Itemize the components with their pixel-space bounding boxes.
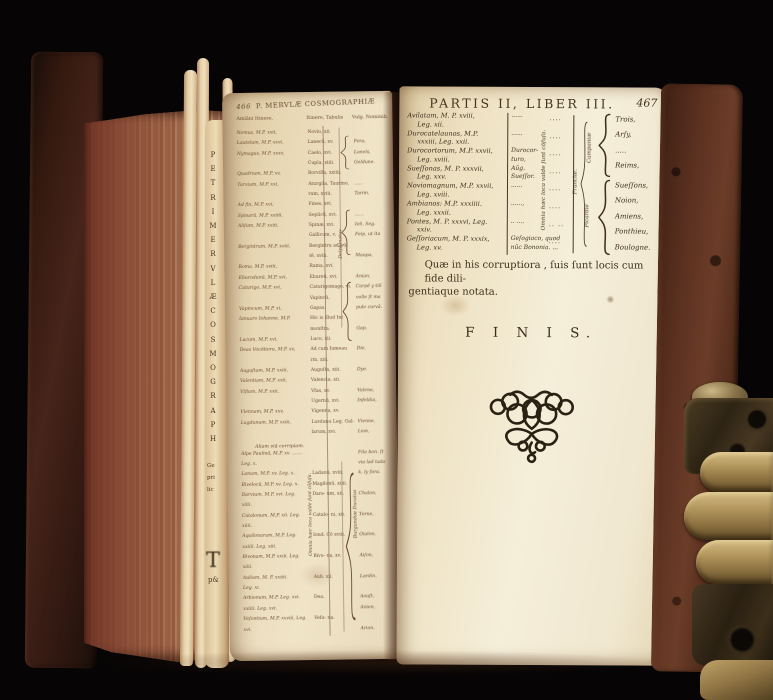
left-running-head: 466P. MERVLÆ COSMOGRAPHIÆ xyxy=(236,97,386,111)
closing-note: Quæ in his corruptiora , ſuis ſunt locis… xyxy=(408,258,656,300)
city-name: Reims, xyxy=(615,159,665,175)
edge-letter: R xyxy=(210,191,215,205)
edge-letter: O xyxy=(210,318,216,332)
right-running-title: PARTIS II, LIBER III. xyxy=(411,95,632,111)
edge-letter: O xyxy=(210,361,216,375)
left-page: 466P. MERVLÆ COSMOGRAPHIÆ Amiāni Itinere… xyxy=(222,91,400,661)
finis-text: F I N I S. xyxy=(398,324,664,341)
photo-antique-book: { "colors":{"paper":"#f0e4c8","ink_right… xyxy=(0,0,773,700)
dots-row: .... xyxy=(549,130,573,148)
table-row: xvi. Arion. xyxy=(243,623,397,635)
edge-letter: T xyxy=(211,176,216,190)
brace-glyph xyxy=(342,209,351,255)
dots-row: .... xyxy=(549,165,573,183)
right-running-head: PARTIS II, LIBER III. 467 xyxy=(411,95,657,111)
city-list-campania: Trois,Arſy,.....Reims, xyxy=(615,112,665,174)
dots-row: .... xyxy=(549,182,573,200)
left-page-number: 466 xyxy=(236,102,251,111)
city-name: Ponthieu, xyxy=(615,225,665,241)
right-page: PARTIS II, LIBER III. 467 Avilatam, M. P… xyxy=(396,86,665,665)
edge-letter: I xyxy=(212,205,215,219)
edge-letter: G xyxy=(210,375,216,389)
edge-letter: C xyxy=(210,304,215,318)
wormhole-mark xyxy=(606,295,614,303)
clasp-gold-ridge xyxy=(696,540,773,584)
dots-row: .... xyxy=(549,200,573,218)
rotated-label-campania: Campaniæ xyxy=(587,120,596,176)
edge-letter: L xyxy=(211,276,216,290)
edge-small-text: Geprilic xyxy=(207,460,221,496)
printers-ornament xyxy=(484,387,580,468)
edge-letter: E xyxy=(210,162,215,176)
edge-letter: S xyxy=(211,333,216,347)
right-page-number: 467 xyxy=(636,97,657,112)
left-itinerary-table: Nemus, M.P. xxii, Novio, xii. Lautelam, … xyxy=(237,127,398,636)
rotated-label-picardie: Picardie xyxy=(584,190,593,242)
edge-letter: R xyxy=(210,389,215,403)
edge-vertical-text: PETRIMERVLÆCOSMOGRAPH xyxy=(208,148,218,446)
city-name: Trois, xyxy=(615,112,665,128)
edge-letter: Æ xyxy=(209,290,216,304)
edge-letter: P xyxy=(211,148,216,162)
brace-glyph xyxy=(343,281,352,341)
city-name: ..... xyxy=(615,143,665,159)
dots-row: .. .. xyxy=(549,218,573,236)
city-name: Noion, xyxy=(615,194,665,210)
edge-letter: R xyxy=(210,247,215,261)
brace-glyph xyxy=(599,179,610,255)
edge-initial: T xyxy=(206,548,220,572)
clasp-gold-foot xyxy=(700,660,773,700)
city-name: Arſy, xyxy=(615,128,665,144)
dots-row: .... xyxy=(549,235,573,253)
city-name: Sueſſons, xyxy=(615,178,665,194)
brace-glyph xyxy=(599,113,610,177)
clasp-bronze-lower xyxy=(692,584,773,666)
clasp-gold-ridge xyxy=(700,452,773,492)
edge-letter: H xyxy=(210,432,216,446)
clasp-gold-ridge xyxy=(684,492,773,540)
book-shadow xyxy=(90,650,670,676)
left-running-title: P. MERVLÆ COSMOGRAPHIÆ xyxy=(256,97,376,110)
left-subheading: Aliam viā corripiam. xyxy=(255,444,304,450)
dots-column: .......................... ...... xyxy=(549,112,574,253)
edge-letter: P xyxy=(211,418,216,432)
paper-stain xyxy=(440,295,470,317)
edge-letter: E xyxy=(210,233,215,247)
dots-row: .... xyxy=(549,147,573,165)
edge-letter: M xyxy=(209,219,216,233)
edge-fragment: p& xyxy=(208,576,219,584)
edge-letter: V xyxy=(210,262,215,276)
brace-glyph xyxy=(341,135,349,169)
city-name: Amiens, xyxy=(615,209,665,225)
dots-row: .... xyxy=(549,112,573,130)
edge-letter: M xyxy=(209,347,216,361)
edge-letter: A xyxy=(210,404,215,418)
left-column-headers: Amiāni Itinere, Itinere, Tabulis Vulg. N… xyxy=(236,115,388,122)
